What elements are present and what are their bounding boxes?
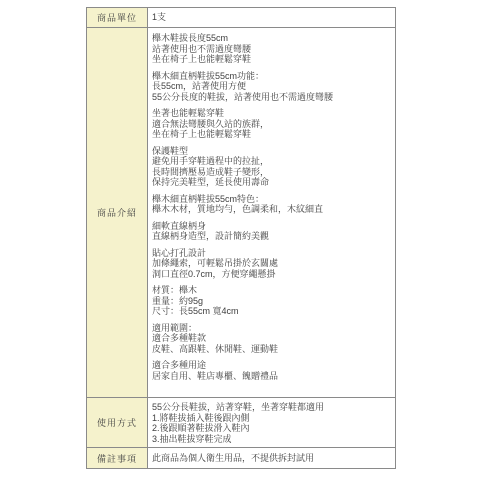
intro-paragraph-specs: 材質：櫸木 重量：約95g 尺寸：長55cm 寬4cm [152,285,391,317]
row-label-usage: 使用方式 [87,398,148,448]
row-label-intro: 商品介紹 [87,28,148,398]
row-label-notes: 備註事項 [87,448,148,469]
table-row-usage: 使用方式 55公分長鞋拔，站著穿鞋，坐著穿鞋都適用 1.將鞋拔插入鞋後跟內側 2… [87,398,396,448]
notes-text: 此商品為個人衛生用品，不提供拆封試用 [152,453,391,464]
intro-paragraph-sitting: 坐著也能輕鬆穿鞋 適合無法彎腰與久站的族群， 坐在椅子上也能輕鬆穿鞋 [152,108,391,140]
row-value-notes: 此商品為個人衛生用品，不提供拆封試用 [148,448,396,469]
intro-paragraph-hole: 貼心打孔設計 加條繩索，可輕鬆吊掛於玄關處 洞口直徑0.7cm，方便穿繩懸掛 [152,248,391,280]
table-row-notes: 備註事項 此商品為個人衛生用品，不提供拆封試用 [87,448,396,469]
intro-paragraph-uses: 適合多種用途 居家自用、鞋店專櫃、餽贈禮品 [152,360,391,381]
table-row-unit: 商品單位 1支 [87,8,396,28]
table-row-intro: 商品介紹 櫸木鞋拔長度55cm 站著使用也不需過度彎腰 坐在椅子上也能輕鬆穿鞋 … [87,28,396,398]
product-spec-table: 商品單位 1支 商品介紹 櫸木鞋拔長度55cm 站著使用也不需過度彎腰 坐在椅子… [86,7,396,469]
row-value-intro: 櫸木鞋拔長度55cm 站著使用也不需過度彎腰 坐在椅子上也能輕鬆穿鞋 櫸木細直柄… [148,28,396,398]
unit-value-text: 1支 [152,12,391,23]
intro-paragraph-protect: 保護鞋型 避免用手穿鞋過程中的拉扯， 長時間擠壓易造成鞋子變形， 保持完美鞋型，… [152,146,391,188]
row-value-usage: 55公分長鞋拔，站著穿鞋，坐著穿鞋都適用 1.將鞋拔插入鞋後跟內側 2.後跟順著… [148,398,396,448]
intro-paragraph-handle: 細軟直線柄身 直線柄身造型，設計簡約美觀 [152,221,391,242]
row-value-unit: 1支 [148,8,396,28]
intro-paragraph-length: 櫸木鞋拔長度55cm 站著使用也不需過度彎腰 坐在椅子上也能輕鬆穿鞋 [152,33,391,65]
intro-paragraph-features: 櫸木細直柄鞋拔55cm特色： 櫸木木材，質地均勻，色調柔和，木紋細直 [152,194,391,215]
intro-paragraph-scope: 適用範圍： 適合多種鞋款 皮鞋、高跟鞋、休閒鞋、運動鞋 [152,323,391,355]
usage-steps-text: 55公分長鞋拔，站著穿鞋，坐著穿鞋都適用 1.將鞋拔插入鞋後跟內側 2.後跟順著… [152,402,391,444]
row-label-unit: 商品單位 [87,8,148,28]
intro-paragraph-functions: 櫸木細直柄鞋拔55cm功能： 長55cm，站著使用方便 55公分長度的鞋拔，站著… [152,71,391,103]
